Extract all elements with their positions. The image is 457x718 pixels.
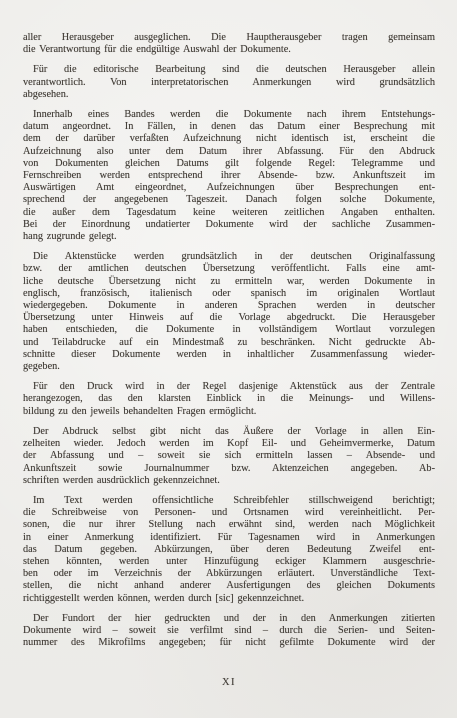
text-line: Für den Druck wird in der Regel dasjenig… [23,381,435,393]
text-line: herangezogen, das den klarsten Einblick … [23,393,435,405]
text-line: liche deutsche Übersetzung nicht zu ermi… [23,276,435,288]
text-line: in einer Anmerkung identifiziert. Für Ta… [23,532,435,544]
text-line: von Dokumenten gleichen Datums gilt folg… [23,158,435,170]
text-line: gegeben. [23,361,435,373]
text-line: haben entschieden, die Dokumente in voll… [23,324,435,336]
text-line: schnitte dieser Dokumente werden in inha… [23,349,435,361]
text-line: das Datum gegeben. Abkürzungen, über der… [23,544,435,556]
text-line: Übersetzung unter Hinweis auf die Vorlag… [23,312,435,324]
paragraph: Für den Druck wird in der Regel dasjenig… [23,373,435,418]
text-line: richtiggestellt werden können, werden du… [23,593,435,605]
text-line: Fernschreiben werden entsprechend ihrer … [23,170,435,182]
text-line: Dokumente wird – soweit sie verfilmt sin… [23,625,435,637]
text-line: Die Aktenstücke werden grundsätzlich in … [23,251,435,263]
text-line: sprechend der angegebenen Tageszeit. Dan… [23,194,435,206]
text-line: Der Abdruck selbst gibt nicht das Äußere… [23,426,435,438]
text-line: englisch, französisch, italienisch oder … [23,288,435,300]
text-line: zelheiten wieder. Jedoch werden im Kopf … [23,438,435,450]
text-line: Bei der Einordnung undatierter Dokumente… [23,219,435,231]
text-line: Aufzeichnung also unter dem Datum ihrer … [23,146,435,158]
text-line: Im Text werden offensichtliche Schreibfe… [23,495,435,507]
paragraph: Für die editorische Bearbeitung sind die… [23,56,435,101]
text-line: die Verantwortung für die endgültige Aus… [23,44,435,56]
text-line: sonen, die nur ihrer Stellung nach erwäh… [23,519,435,531]
text-line: Auswärtigen Amt eingeordnet, Aufzeichnun… [23,182,435,194]
text-line: nummer des Mikrofilms angegeben; für nic… [23,637,435,649]
text-line: stehen könnten, werden unter Hinzufügung… [23,556,435,568]
text-line: Der Fundort der hier gedruckten und der … [23,613,435,625]
text-line: schriften werden ausdrücklich gekennzeic… [23,475,435,487]
scanned-page: aller Herausgeber ausgeglichen. Die Haup… [0,0,457,718]
paragraph: Der Fundort der hier gedruckten und der … [23,605,435,650]
text-line: wiedergegeben. Dokumente in anderen Spra… [23,300,435,312]
text-line: bzw. der amtlichen deutschen Übersetzung… [23,263,435,275]
text-line: die Schreibweise von Personen- und Ortsn… [23,507,435,519]
text-line: dem der darüber verfaßten Aufzeichnung n… [23,133,435,145]
text-line: Für die editorische Bearbeitung sind die… [23,64,435,76]
paragraph: Der Abdruck selbst gibt nicht das Äußere… [23,418,435,487]
paragraph: Die Aktenstücke werden grundsätzlich in … [23,243,435,373]
text-line: ben oder im Verzeichnis der Abkürzungen … [23,568,435,580]
text-line: hang zugrunde gelegt. [23,231,435,243]
text-line: bildung zu den jeweils behandelten Frage… [23,406,435,418]
text-line: Ankunftszeit sowie Journalnummer bzw. Ak… [23,463,435,475]
text-line: datum angeordnet. In Fällen, in denen da… [23,121,435,133]
paragraph: Innerhalb eines Bandes werden die Dokume… [23,101,435,243]
text-block: aller Herausgeber ausgeglichen. Die Haup… [23,32,435,649]
paragraph: aller Herausgeber ausgeglichen. Die Haup… [23,32,435,56]
text-line: die außer dem Tagesdatum keine weiteren … [23,207,435,219]
paragraph: Im Text werden offensichtliche Schreibfe… [23,487,435,605]
page-number: XI [222,677,236,688]
text-line: Innerhalb eines Bandes werden die Dokume… [23,109,435,121]
text-line: verantwortlich. Von interpretatorischen … [23,77,435,89]
text-line: der Abfassung und – soweit sie sich ermi… [23,450,435,462]
text-line: abgesehen. [23,89,435,101]
text-line: stellen, die nicht anhand anderer Ausfer… [23,580,435,592]
page-footer: XI [23,672,435,690]
text-line: und Teilabdrucke auf ein Mindestmaß zu b… [23,337,435,349]
text-line: aller Herausgeber ausgeglichen. Die Haup… [23,32,435,44]
